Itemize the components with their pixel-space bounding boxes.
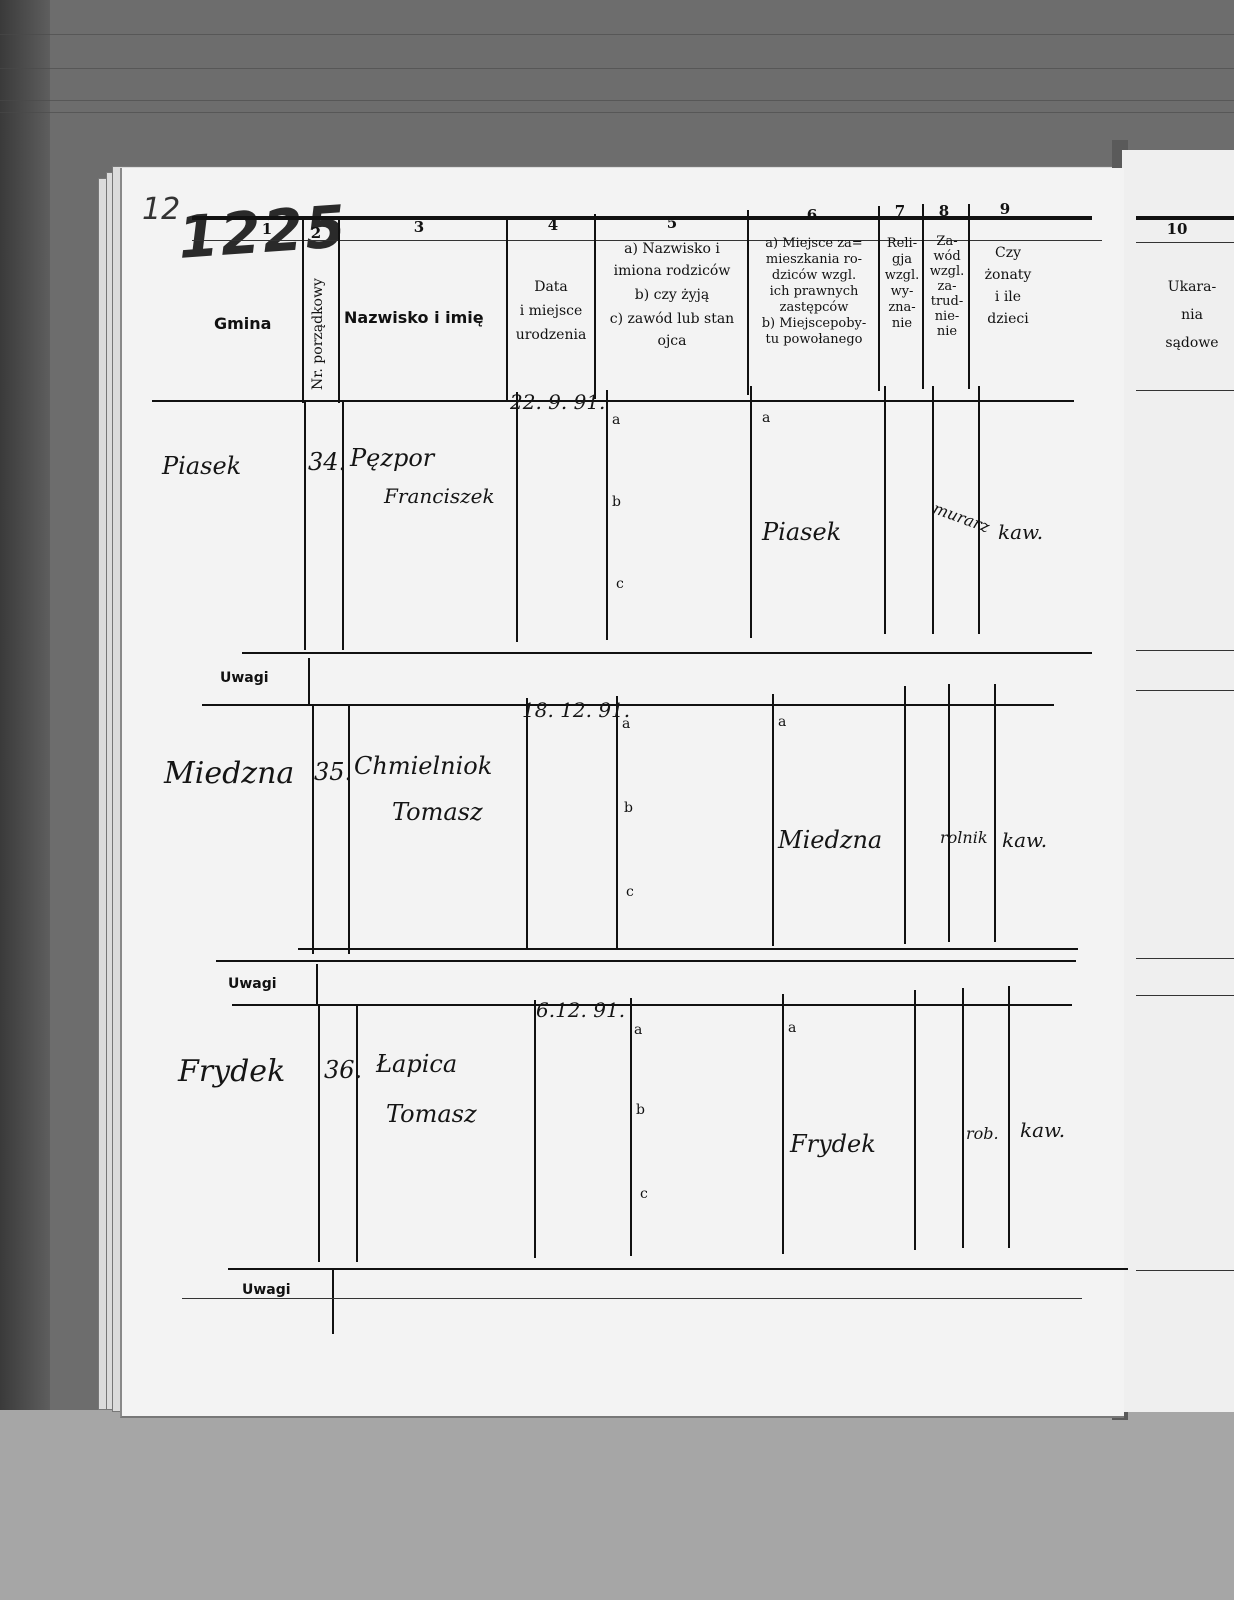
rule [1136,650,1234,651]
rule [1136,690,1234,691]
column-divider [616,696,618,948]
column-divider [962,988,964,1248]
column-divider [516,392,518,642]
sub-label-b: b [624,800,633,816]
sub-label-a: a [778,714,786,730]
column-divider [304,400,306,650]
entry-nr: 35. [314,758,352,786]
pencil-note: 12 [142,192,180,227]
sub-label-b: b [612,494,621,510]
column-divider [338,218,340,403]
column-divider [978,386,980,634]
row-rule [228,1268,1128,1270]
entry-occupation: rolnik [940,828,988,847]
header-zawod: Za- wód wzgl. za- trud- nie- nie [924,234,970,339]
column-divider [342,400,344,650]
column-divider [348,704,350,954]
column-divider [884,386,886,634]
rule [1136,958,1234,959]
header-bottom-rule [152,400,1074,402]
entry-given-name: Tomasz [386,1100,477,1128]
background-ruled-line [0,34,1234,35]
column-divider [782,994,784,1254]
facing-page: 10 Ukara- nia sądowe [1122,150,1234,1412]
column-number: 4 [538,216,568,234]
header-data-urodzenia: Data i miejsce urodzenia [506,278,596,344]
entry-surname: Chmielniok [354,752,492,780]
entry-residence: Piasek [762,518,841,546]
sub-label-a: a [612,412,620,428]
sub-label-c: c [640,1186,648,1202]
entry-marital: kaw. [1002,828,1047,852]
rule [1136,242,1234,243]
entry-surname: Pęzpor [350,444,434,472]
entry-birth-date: 6.12. 91. [536,998,625,1022]
scan-background-shadow [0,0,50,1600]
entry-gmina: Miedzna [164,756,294,791]
column-divider [534,1000,536,1258]
row-rule [182,1298,1082,1299]
row-rule [298,948,1078,950]
column-number: 9 [990,200,1020,218]
column-divider [308,658,310,704]
column-number: 5 [657,214,687,232]
sub-label-c: c [616,576,624,592]
header-nazwisko-imie: Nazwisko i imię [344,308,484,327]
column-divider [772,694,774,946]
uwagi-label: Uwagi [228,976,277,992]
column-divider [356,1006,358,1262]
column-number: 10 [1162,220,1192,238]
header-ukarania: Ukara- nia sądowe [1142,278,1234,352]
entry-surname: Łapica [376,1050,457,1078]
column-number: 1 [252,220,282,238]
header-rodzice: a) Nazwisko i imiona rodziców b) czy żyj… [596,240,748,350]
column-divider [948,684,950,942]
column-number: 3 [404,218,434,236]
entry-gmina: Frydek [178,1054,285,1089]
column-divider [606,390,608,640]
entry-birth-date: 22. 9. 91. [510,390,605,414]
column-divider [750,386,752,638]
background-ruled-line [0,112,1234,113]
column-divider [914,990,916,1250]
register-page: 12 1225 1 2 3 4 5 6 7 8 9 Gmina Nr. porz… [120,168,1124,1418]
column-divider [302,218,304,403]
entry-marital: kaw. [1020,1118,1065,1142]
scan-background-bottom [0,1410,1234,1600]
column-number: 8 [934,202,954,220]
sub-label-c: c [626,884,634,900]
column-divider [332,1268,334,1334]
sub-label-b: b [636,1102,645,1118]
header-religia: Reli- gja wzgl. wy- zna- nie [880,236,924,332]
entry-nr: 34. [308,448,346,476]
column-divider [318,1006,320,1262]
entry-given-name: Franciszek [384,484,495,508]
header-miejsce: a) Miejsce za= mieszkania ro- dziców wzg… [748,236,880,348]
row-rule [232,1004,1072,1006]
sub-label-a: a [762,410,770,426]
entry-birth-date: 18. 12. 91. [522,698,630,722]
entry-residence: Frydek [790,1130,876,1158]
header-nr-porzadkowy: Nr. porządkowy [310,278,326,390]
background-ruled-line [0,68,1234,69]
entry-residence: Miedzna [778,826,882,854]
entry-gmina: Piasek [162,452,241,480]
header-zonaty: Czy żonaty i ile dzieci [970,244,1046,328]
row-rule [242,652,1092,654]
uwagi-label: Uwagi [242,1282,291,1298]
entry-occupation: rob. [966,1124,999,1143]
rule [1136,995,1234,996]
column-divider [1008,986,1010,1248]
sub-label-a: a [788,1020,796,1036]
header-gmina: Gmina [214,314,271,333]
background-ruled-line [0,100,1234,101]
rule [1136,390,1234,391]
entry-marital: kaw. [998,520,1043,544]
entry-occupation: murarz [931,499,993,537]
column-number: 6 [797,206,827,224]
column-divider [526,698,528,950]
entry-given-name: Tomasz [392,798,483,826]
rule [1136,1270,1234,1271]
uwagi-label: Uwagi [220,670,269,686]
sub-label-a: a [634,1022,642,1038]
column-divider [316,964,318,1004]
column-number: 2 [306,224,326,242]
sub-label-a: a [622,716,630,732]
column-divider [630,998,632,1256]
entry-nr: 36. [324,1056,362,1084]
column-number: 7 [890,202,910,220]
column-divider [312,704,314,954]
header-top-rule [192,216,1092,220]
column-divider [994,684,996,942]
column-divider [904,686,906,944]
row-rule [216,960,1076,962]
